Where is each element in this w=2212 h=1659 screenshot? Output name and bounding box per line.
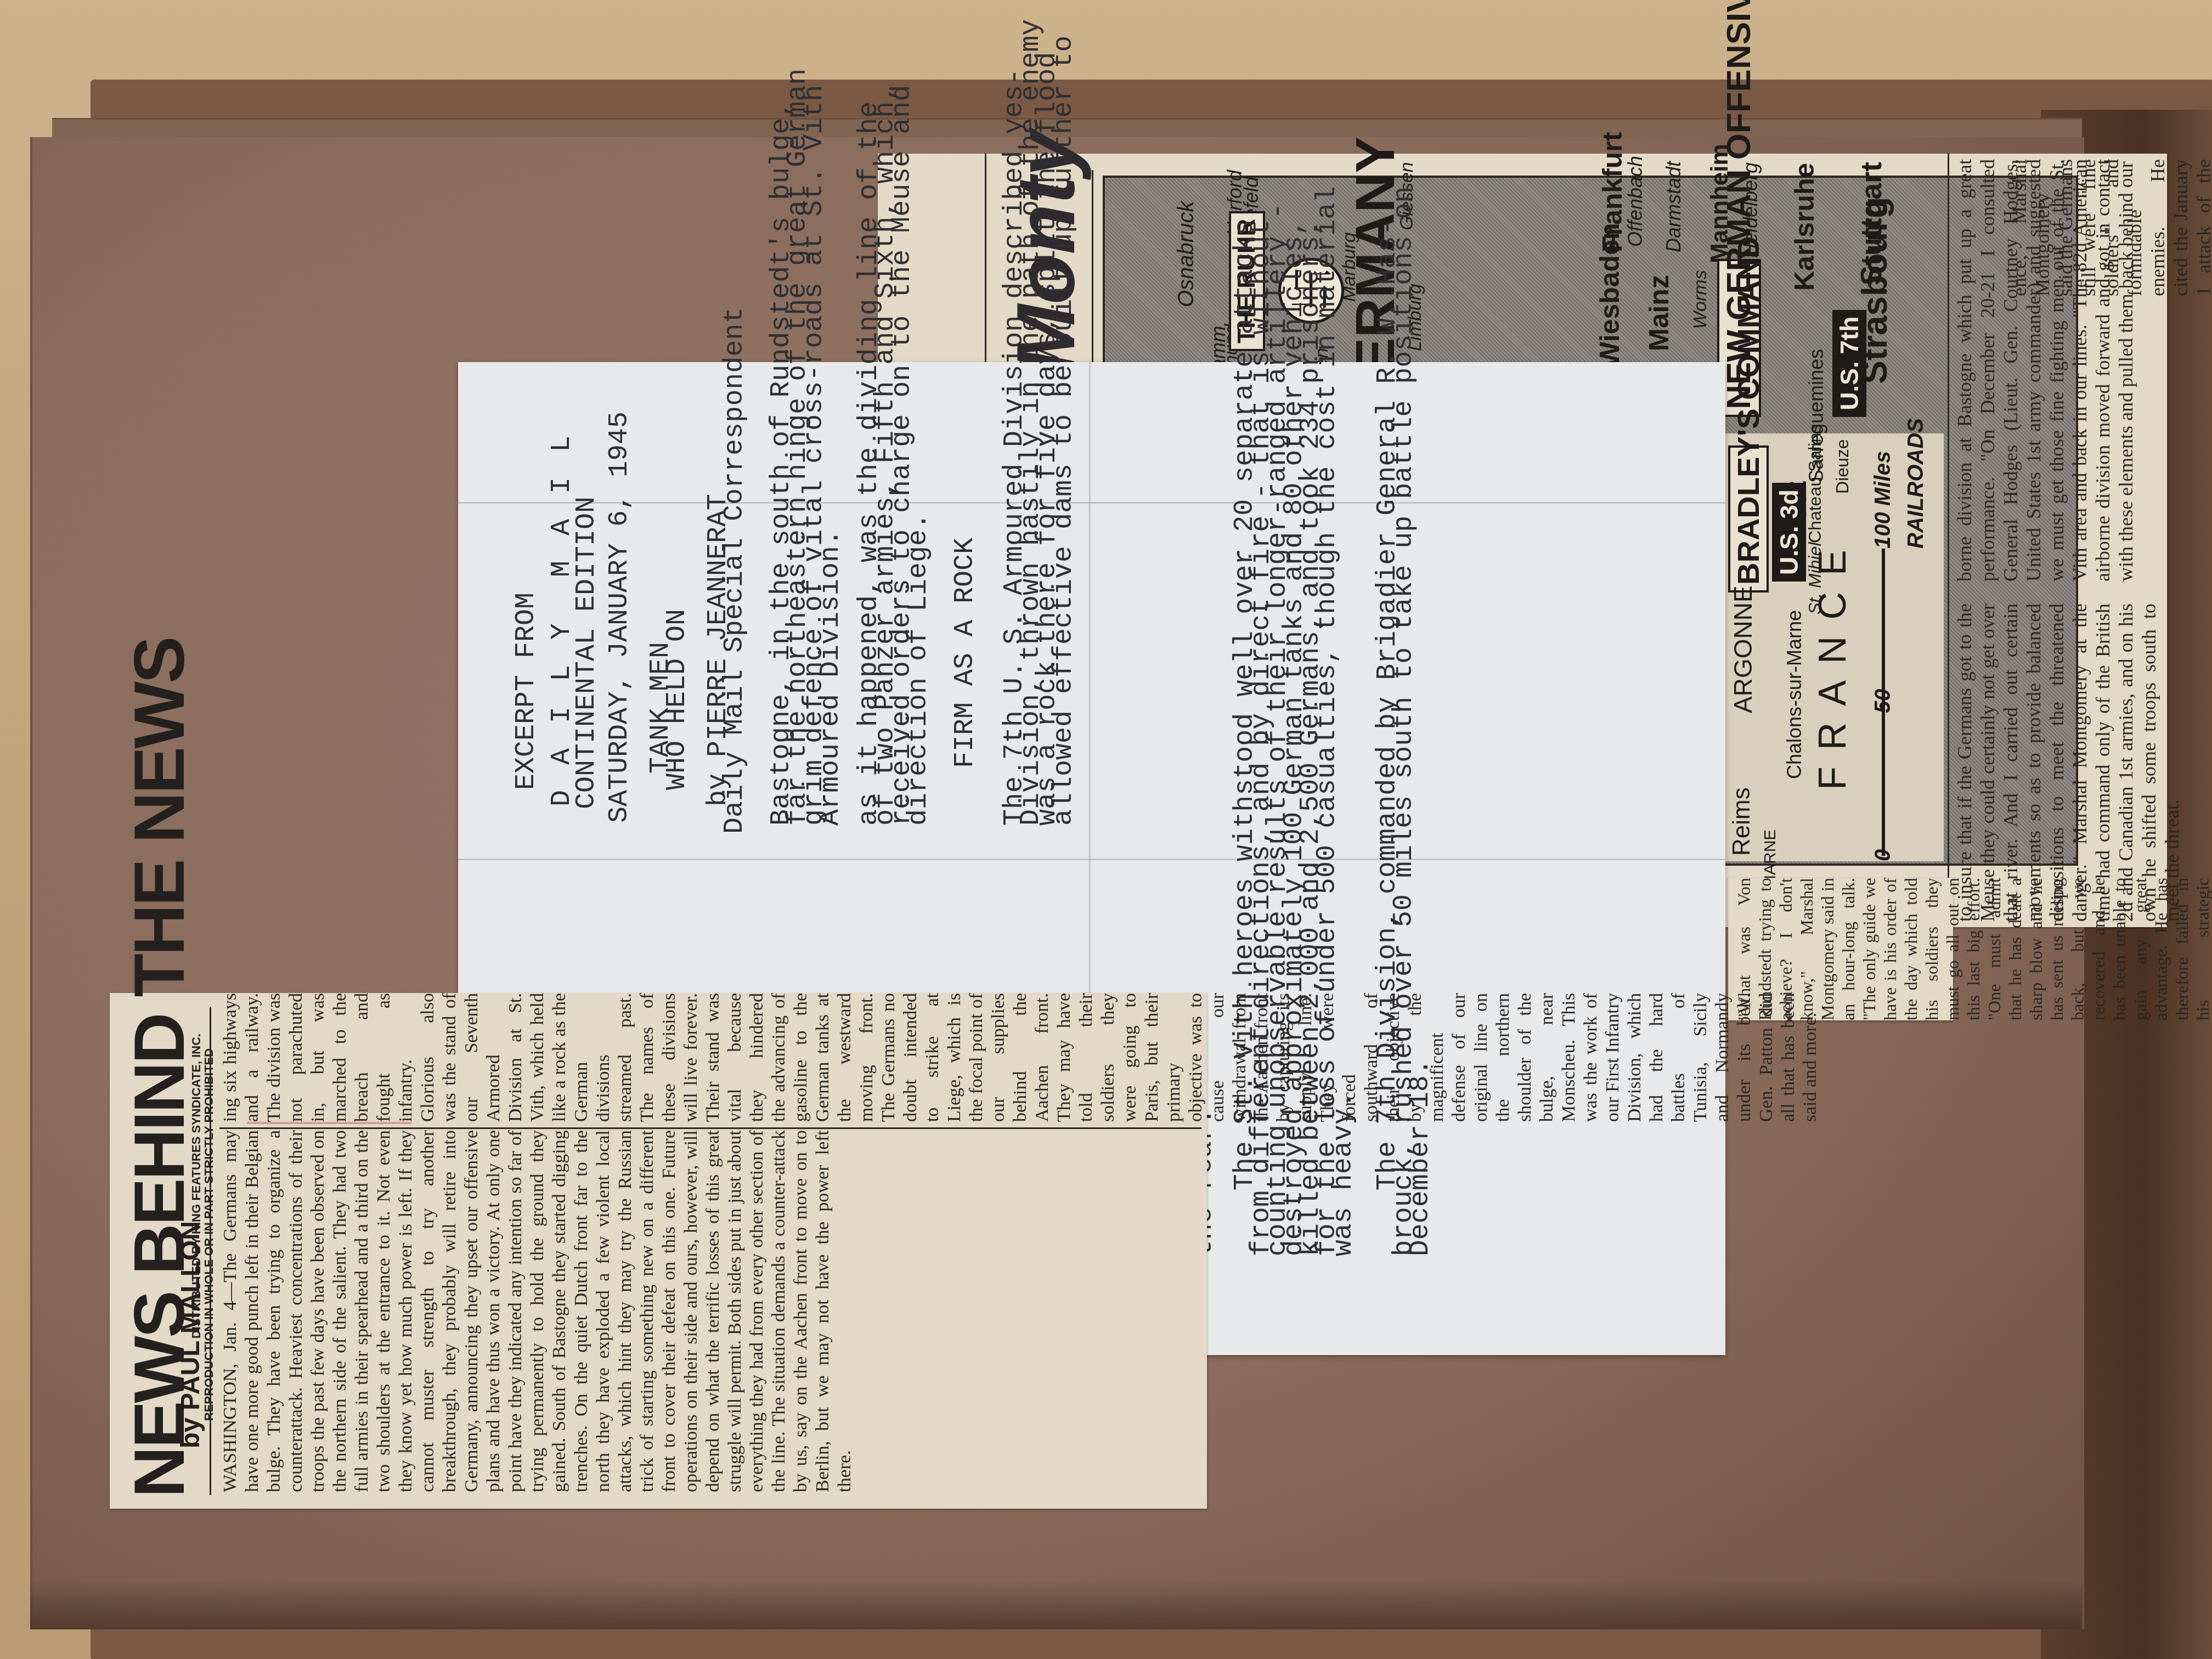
page-shadow (30, 1580, 2082, 1629)
map-command-label: BRADLEY'S COMMAND (1728, 445, 1769, 592)
title-rule (210, 1007, 211, 1495)
map-city-label: Reims (1728, 787, 1756, 856)
letter-excerpt-from: EXCERPT FROM (510, 592, 543, 790)
map-scale-tick: 50 (1871, 689, 1895, 714)
article-column: to insure that if the Germans got to the… (1953, 603, 2167, 922)
map-city-label: Mainz (1643, 275, 1675, 351)
map-scale-tick: 100 Miles (1871, 451, 1895, 549)
map-legend-railroads: RAILROADS (1904, 418, 1928, 549)
map-city-label: Worms (1690, 270, 1711, 329)
letter-paragraph-line: direction of Liege. (902, 513, 935, 826)
red-pencil-mark (247, 1122, 411, 1124)
map-city-label: Dieuze (1832, 439, 1853, 494)
article-column: ence, Marshal Montgomery said the German… (2008, 159, 2172, 296)
map-city-label: Chalons-sur-Marne (1783, 610, 1806, 779)
map-city-label: Offenbach (1624, 156, 1647, 247)
article-column: WASHINGTON, Jan. 4—The Germans may have … (219, 1130, 1196, 1492)
map-city-label: Darmstadt (1662, 161, 1685, 252)
map-city-label: Karlsruhe (1788, 163, 1820, 291)
letter-paragraph-line: Armoured Division. (815, 529, 848, 826)
column-divider (219, 1127, 1201, 1129)
map-france-label: FRANCE (1810, 533, 1854, 790)
nbn-notice: REPRODUCTION IN WHOLE OR IN PART STRICTL… (202, 1048, 216, 1421)
column-rule (1948, 154, 1949, 933)
fold-crease (458, 859, 1725, 860)
map-scale-tick: 0 (1871, 849, 1895, 861)
letter-date: SATURDAY, JANUARY 6, 1945 (603, 411, 636, 823)
map-city-label: Wiesbaden (1594, 223, 1626, 368)
map-army-label: U.S. 3d (1772, 483, 1806, 582)
map-army-label: U.S. 7th (1832, 310, 1866, 417)
letter-subhead: FIRM AS A ROCK (949, 538, 982, 768)
fold-crease (458, 502, 1725, 504)
letter-byline: Daily Mail Special Correspondent (719, 307, 752, 834)
map-city-label: Osnabruck (1174, 201, 1199, 307)
letter-headline: WHO HELD ON (661, 609, 694, 790)
article-column: ing six highways and a railway. The divi… (219, 993, 1201, 1122)
letter-edition: CONTINENTAL EDITION (571, 496, 603, 809)
letter-paragraph-line: allowed effective dams to be built up fu… (1048, 36, 1081, 826)
map-argonne-label: ARGONNE (1728, 585, 1758, 713)
